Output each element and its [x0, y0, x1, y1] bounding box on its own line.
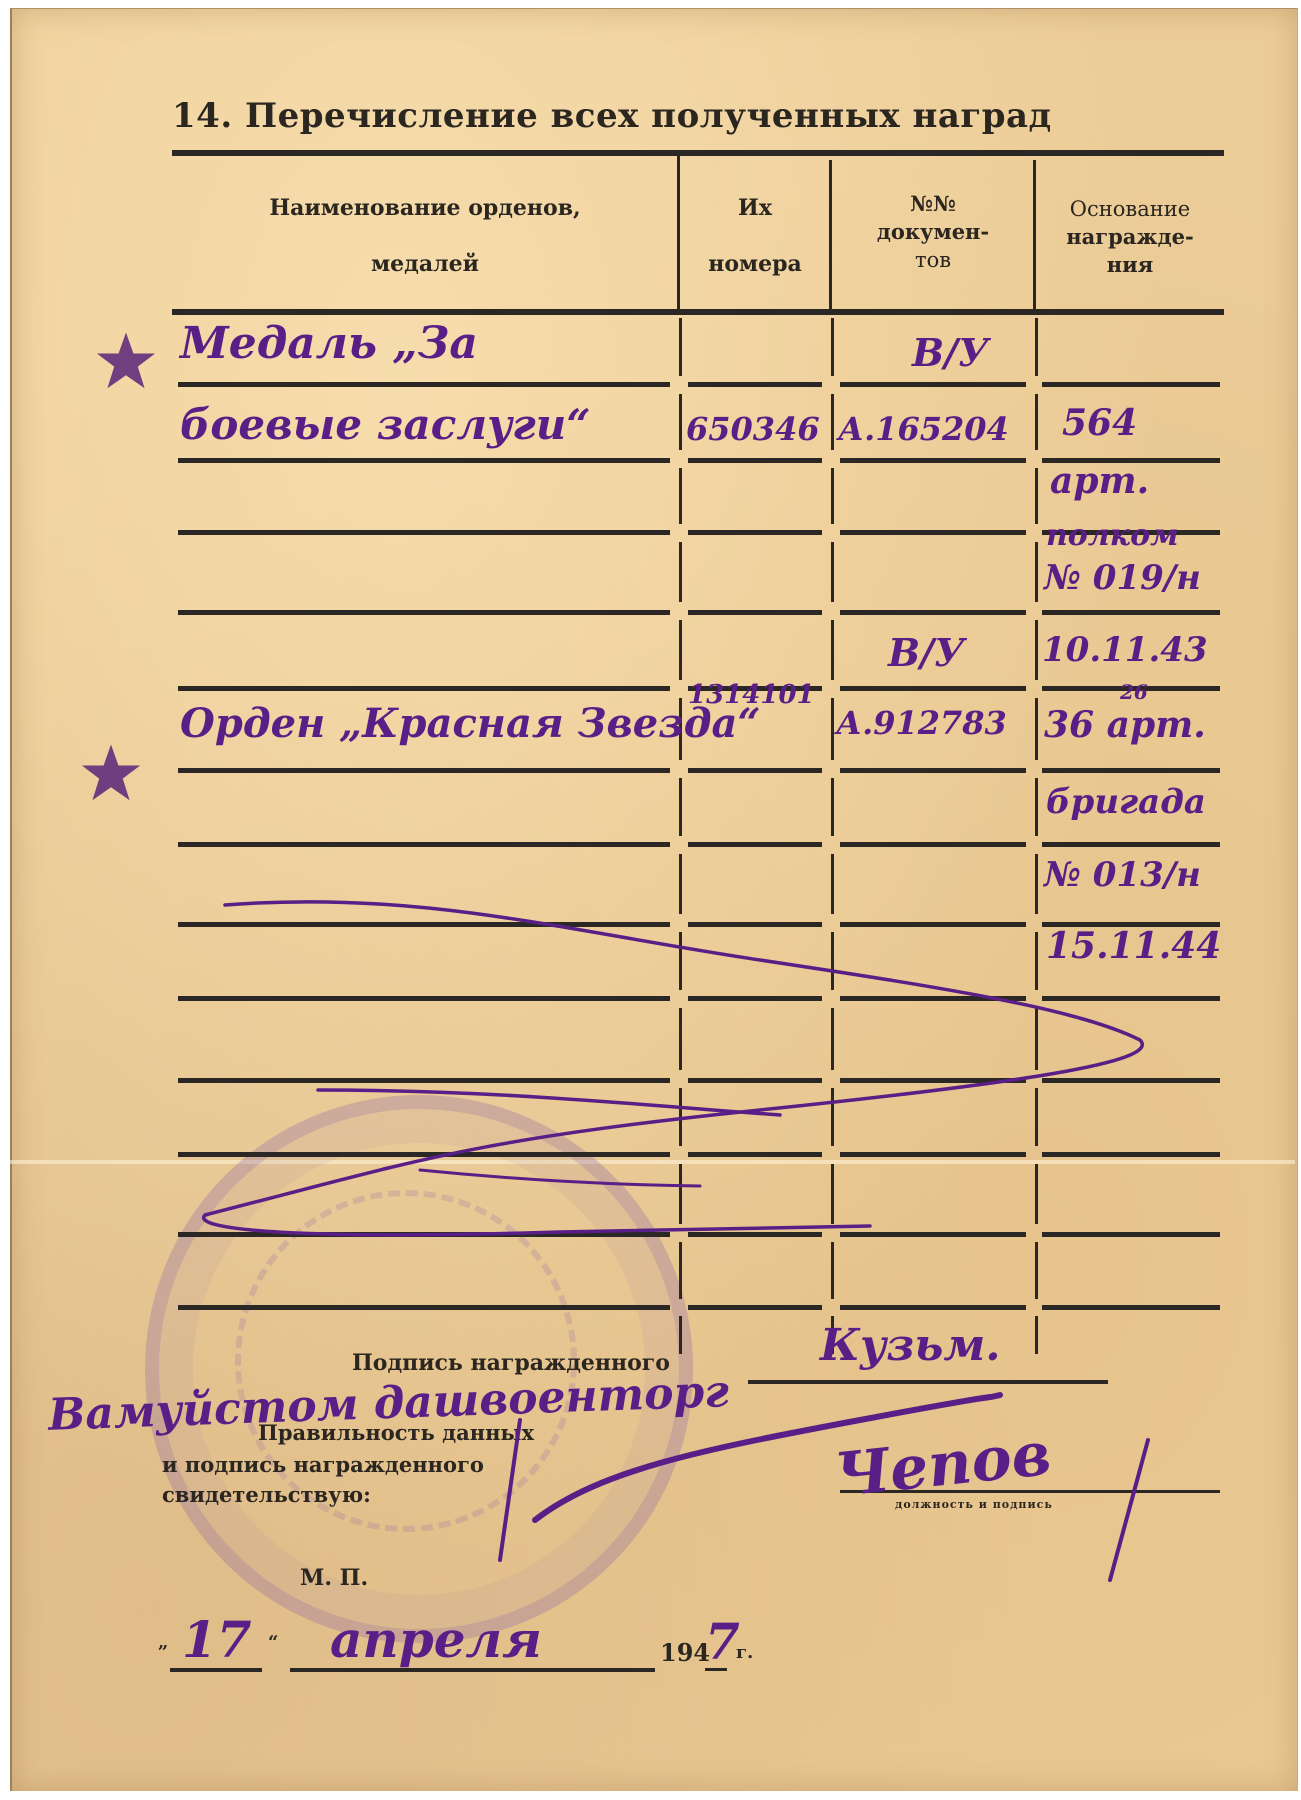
column-divider: [829, 160, 832, 310]
column-divider: [831, 468, 834, 524]
table-row-line: [178, 530, 670, 535]
table-row-line: [1042, 842, 1220, 847]
table-row-line: [840, 686, 1026, 691]
award-basis-line: полком: [1046, 518, 1179, 553]
column-divider: [831, 1242, 834, 1299]
column-divider: [1035, 1316, 1038, 1354]
table-row-line: [840, 1152, 1026, 1157]
table-header-rule: [172, 309, 1224, 315]
column-divider: [677, 156, 680, 310]
table-row-line: [840, 382, 1026, 387]
document-prefix: В/У: [912, 330, 989, 375]
column-divider: [1033, 160, 1036, 310]
date-quote-close: “: [268, 1632, 278, 1653]
table-row-line: [178, 1232, 670, 1237]
award-basis-line: № 013/н: [1044, 855, 1201, 895]
award-name-line-1: Медаль „За: [180, 318, 478, 369]
table-row-line: [178, 382, 670, 387]
table-row-line: [688, 382, 822, 387]
table-row-line: [688, 1152, 822, 1157]
document-number: А.912783: [836, 704, 1007, 742]
column-divider: [1035, 778, 1038, 836]
table-row-line: [178, 842, 670, 847]
table-row-line: [1042, 996, 1220, 1001]
table-row-line: [688, 842, 822, 847]
table-row-line: [840, 996, 1026, 1001]
column-divider: [679, 1088, 682, 1146]
date-day: 17: [182, 1610, 252, 1669]
column-divider: [679, 394, 682, 450]
column-divider: [679, 1242, 682, 1299]
header-text: ния: [1037, 251, 1223, 279]
recipient-signature: Кузьм.: [820, 1320, 1001, 1371]
column-divider: [679, 854, 682, 914]
column-divider: [1035, 854, 1038, 914]
award-basis-line: 564: [1062, 402, 1137, 444]
column-divider: [679, 778, 682, 836]
column-divider: [831, 698, 834, 760]
verification-label: Правильность данных: [258, 1420, 534, 1445]
header-text: Наименование орденов,: [175, 180, 675, 236]
award-name: Орден „Красная Звезда“: [180, 700, 760, 747]
table-row-line: [688, 1078, 822, 1083]
table-row-line: [1042, 768, 1220, 773]
date-quote-open: „: [158, 1632, 168, 1653]
table-row-line: [1042, 1078, 1220, 1083]
table-row-line: [178, 458, 670, 463]
table-row-line: [178, 1078, 670, 1083]
award-basis-line: 36 арт.: [1044, 704, 1206, 746]
column-divider: [679, 1316, 682, 1354]
header-text: Их: [681, 180, 829, 236]
table-row-line: [1042, 1232, 1220, 1237]
red-star-stamp-icon: [95, 330, 157, 392]
column-divider: [1035, 468, 1038, 524]
table-row-line: [840, 1078, 1026, 1083]
table-row-line: [1042, 382, 1220, 387]
award-basis-line: 10.11.43: [1042, 630, 1208, 670]
column-header-award-name: Наименование орденов, медалей: [175, 180, 675, 292]
column-divider: [1035, 932, 1038, 990]
table-row-line: [840, 842, 1026, 847]
column-divider: [679, 468, 682, 524]
paper-fold: [10, 1160, 1295, 1164]
table-row-line: [1042, 1305, 1220, 1310]
column-header-basis: Основание награжде- ния: [1037, 195, 1223, 279]
table-row-line: [840, 768, 1026, 773]
table-row-line: [840, 1232, 1026, 1237]
document-number: А.165204: [838, 410, 1009, 448]
date-year-handwritten: 7: [705, 1612, 740, 1671]
column-divider: [831, 1088, 834, 1146]
date-month: апреля: [330, 1610, 542, 1669]
column-divider: [1035, 394, 1038, 450]
table-row-line: [688, 610, 822, 615]
table-row-line: [688, 1232, 822, 1237]
award-basis-line: бригада: [1046, 782, 1206, 822]
seal-placement-label: М. П.: [300, 1565, 368, 1591]
award-basis-line: № 019/н: [1044, 558, 1201, 598]
table-row-line: [178, 1152, 670, 1157]
column-header-documents: №№ докумен- тов: [833, 190, 1033, 274]
table-row-line: [178, 1305, 670, 1310]
column-divider: [831, 854, 834, 914]
table-top-rule: [172, 150, 1224, 156]
verification-label: и подпись награжденного: [162, 1452, 484, 1477]
column-divider: [679, 318, 682, 376]
header-text: Основание: [1037, 195, 1223, 223]
table-row-line: [840, 458, 1026, 463]
table-row-line: [688, 530, 822, 535]
red-star-stamp-icon: [80, 742, 142, 804]
table-row-line: [840, 610, 1026, 615]
column-divider: [1035, 1008, 1038, 1070]
date-year-printed: 194: [660, 1638, 710, 1667]
header-text: медалей: [175, 236, 675, 292]
table-row-line: [688, 996, 822, 1001]
column-divider: [679, 1008, 682, 1070]
award-basis-line: 26: [1120, 680, 1148, 704]
document-prefix: В/У: [888, 630, 965, 675]
column-divider: [679, 542, 682, 602]
column-divider: [1035, 698, 1038, 760]
column-divider: [679, 932, 682, 990]
column-divider: [1035, 1164, 1038, 1224]
recipient-signature-line: [748, 1380, 1108, 1384]
award-name-line-2: боевые заслуги“: [180, 400, 591, 449]
column-divider: [831, 620, 834, 680]
header-text: награжде-: [1037, 223, 1223, 251]
table-row-line: [840, 922, 1026, 927]
award-basis-line: арт.: [1050, 460, 1149, 502]
table-row-line: [1042, 1152, 1220, 1157]
column-divider: [831, 1008, 834, 1070]
column-divider: [679, 1164, 682, 1224]
column-divider: [1035, 318, 1038, 376]
column-divider: [831, 932, 834, 990]
table-row-line: [178, 610, 670, 615]
table-row-line: [688, 458, 822, 463]
header-text: докумен-: [833, 218, 1033, 246]
column-divider: [831, 394, 834, 450]
table-row-line: [688, 1305, 822, 1310]
header-text: №№: [833, 190, 1033, 218]
column-divider: [1035, 1088, 1038, 1146]
table-row-line: [178, 922, 670, 927]
award-basis-line: 15.11.44: [1046, 925, 1221, 967]
table-row-line: [178, 686, 670, 691]
table-row-line: [1042, 610, 1220, 615]
award-number: 1314101: [688, 680, 815, 710]
column-divider: [1035, 542, 1038, 602]
table-row-line: [840, 530, 1026, 535]
column-divider: [831, 1164, 834, 1224]
header-text: номера: [681, 236, 829, 292]
column-header-numbers: Их номера: [681, 180, 829, 292]
column-divider: [1035, 620, 1038, 680]
column-divider: [679, 620, 682, 680]
column-divider: [831, 318, 834, 376]
section-title: 14. Перечисление всех полученных наград: [172, 96, 1052, 136]
table-row-line: [840, 1305, 1026, 1310]
table-row-line: [688, 768, 822, 773]
header-text: тов: [833, 246, 1033, 274]
date-year-suffix: г.: [736, 1642, 753, 1663]
column-divider: [831, 778, 834, 836]
column-divider: [831, 542, 834, 602]
table-row-line: [178, 768, 670, 773]
award-number: 650346: [686, 410, 820, 448]
table-row-line: [178, 996, 670, 1001]
verification-label: свидетельствую:: [162, 1482, 371, 1507]
column-divider: [1035, 1242, 1038, 1299]
table-row-line: [688, 922, 822, 927]
